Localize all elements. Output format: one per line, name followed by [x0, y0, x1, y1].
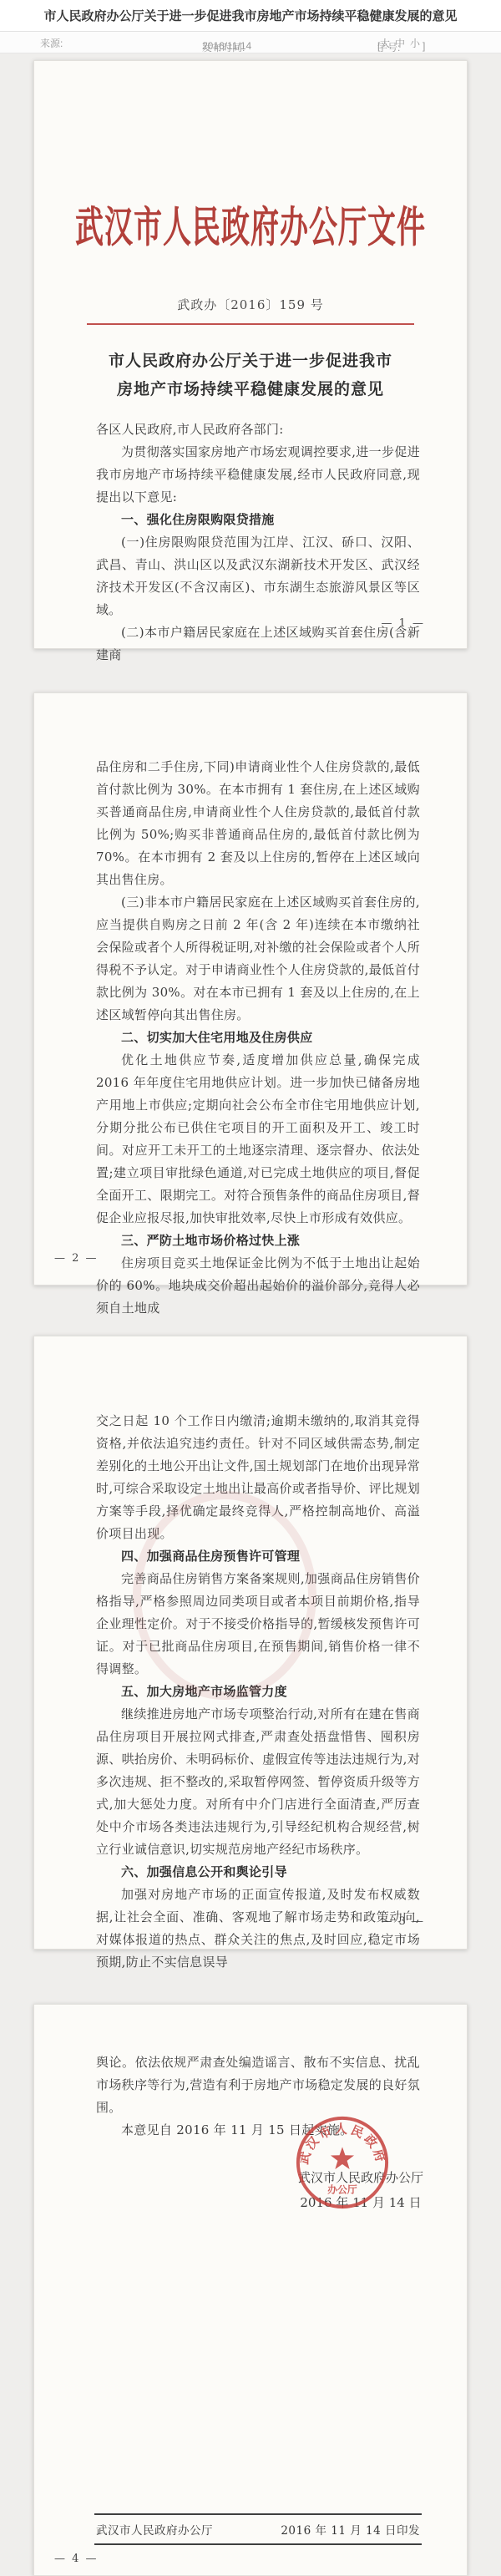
page-number-4: — 4 —	[54, 2553, 99, 2565]
section-heading-1: 一、强化住房限购限贷措施	[96, 509, 420, 531]
page3-body: 交之日起 10 个工作日内缴清;逾期未缴纳的,取消其竞得资格,并依法追究违约责任…	[34, 1336, 467, 1974]
paragraph: 为贯彻落实国家房地产市场宏观调控要求,进一步促进我市房地产市场持续平稳健康发展,…	[96, 441, 420, 509]
meta-bar: 来源: 发布时间: 2016/11/14 字号: [大中小]	[0, 31, 501, 53]
document-number: 武政办〔2016〕159 号	[34, 296, 467, 313]
paragraph: 完善商品住房销售方案备案规则,加强商品住房销售价格指导,严格参照周边同类项目或者…	[96, 1568, 420, 1681]
salutation: 各区人民政府,市人民政府各部门:	[96, 418, 420, 441]
section-heading-3: 三、严防土地市场价格过快上涨	[96, 1230, 420, 1252]
paragraph: 舆论。依法依规严肃查处编造谣言、散布不实信息、扰乱市场秩序等行为,营造有利于房地…	[96, 2051, 420, 2119]
section-heading-4: 四、加强商品住房预售许可管理	[96, 1545, 420, 1568]
paragraph: (三)非本市户籍居民家庭在上述区域购买首套住房的,应当提供自购房之日前 2 年(…	[96, 891, 420, 1027]
fontsize-label: 字号:	[377, 40, 400, 54]
document-area: 武汉市人民政府办公厅文件 武政办〔2016〕159 号 市人民政府办公厅关于进一…	[0, 53, 501, 2576]
document-page-4: 舆论。依法依规严肃查处编造谣言、散布不实信息、扰乱市场秩序等行为,营造有利于房地…	[33, 2004, 468, 2576]
source-label: 来源:	[40, 36, 63, 50]
paragraph: 品住房和二手住房,下同)申请商业性个人住房贷款的,最低首付款比例为 30%。在本…	[96, 756, 420, 891]
section-heading-5: 五、加大房地产市场监管力度	[96, 1681, 420, 1703]
page-number-2: — 2 —	[54, 1252, 99, 1265]
font-size-small[interactable]: 小	[410, 38, 420, 49]
page-number-3: — 3 —	[381, 1915, 425, 1928]
section-heading-2: 二、切实加大住宅用地及住房供应	[96, 1027, 420, 1049]
page4-body: 舆论。依法依规严肃查处编造谣言、散布不实信息、扰乱市场秩序等行为,营造有利于房地…	[34, 2005, 467, 2142]
document-title-line2: 房地产市场持续平稳健康发展的意见	[34, 375, 467, 403]
letterhead-title: 武汉市人民政府办公厅文件	[34, 193, 467, 255]
document-title-line1: 市人民政府办公厅关于进一步促进我市	[34, 347, 467, 375]
paragraph: 本意见自 2016 年 11 月 15 日起实施。	[96, 2119, 420, 2142]
paragraph: 住房项目竞买土地保证金比例为不低于土地出让起始价的 60%。地块成交价超出起始价…	[96, 1252, 420, 1320]
footer-print-date: 2016 年 11 月 14 日印发	[281, 2521, 420, 2538]
document-page-2: 品住房和二手住房,下同)申请商业性个人住房贷款的,最低首付款比例为 30%。在本…	[33, 692, 468, 1285]
page-number-1: — 1 —	[381, 617, 425, 630]
paragraph: 加强对房地产市场的正面宣传报道,及时发布权威数据,让社会全面、准确、客观地了解市…	[96, 1884, 420, 1974]
bracket-close: ]	[423, 40, 425, 52]
page-title: 市人民政府办公厅关于进一步促进我市房地产市场持续平稳健康发展的意见	[0, 0, 501, 31]
document-page-3: 交之日起 10 个工作日内缴清;逾期未缴纳的,取消其竞得资格,并依法追究违约责任…	[33, 1336, 468, 1950]
publish-date: 2016/11/14	[202, 40, 251, 52]
print-footer: 武汉市人民政府办公厅 2016 年 11 月 14 日印发	[94, 2513, 422, 2545]
paragraph: 交之日起 10 个工作日内缴清;逾期未缴纳的,取消其竞得资格,并依法追究违约责任…	[96, 1410, 420, 1545]
font-size-control: 字号: [大中小]	[377, 36, 423, 50]
page2-body: 品住房和二手住房,下同)申请商业性个人住房贷款的,最低首付款比例为 30%。在本…	[34, 693, 467, 1320]
signature-name: 武汉市人民政府办公厅	[298, 2165, 423, 2190]
document-page-1: 武汉市人民政府办公厅文件 武政办〔2016〕159 号 市人民政府办公厅关于进一…	[33, 60, 468, 649]
signature-date: 2016 年 11 月 14 日	[298, 2190, 423, 2215]
signature-block: 武汉市人民政府办公厅 2016 年 11 月 14 日	[298, 2165, 423, 2215]
paragraph: (一)住房限购限贷范围为江岸、江汉、硚口、汉阳、武昌、青山、洪山区以及武汉东湖新…	[96, 531, 420, 621]
red-divider	[87, 323, 414, 325]
bracket-open: [	[377, 40, 380, 52]
paragraph: 继续推进房地产市场专项整治行动,对所有在建在售商品住房项目开展拉网式排查,严肃查…	[96, 1703, 420, 1861]
document-title: 市人民政府办公厅关于进一步促进我市 房地产市场持续平稳健康发展的意见	[34, 347, 467, 403]
paragraph: 优化土地供应节奏,适度增加供应总量,确保完成 2016 年年度住宅用地供应计划。…	[96, 1049, 420, 1230]
paragraph: (二)本市户籍居民家庭在上述区域购买首套住房(含新建商	[96, 621, 420, 667]
section-heading-6: 六、加强信息公开和舆论引导	[96, 1861, 420, 1884]
footer-issuer: 武汉市人民政府办公厅	[96, 2521, 213, 2538]
